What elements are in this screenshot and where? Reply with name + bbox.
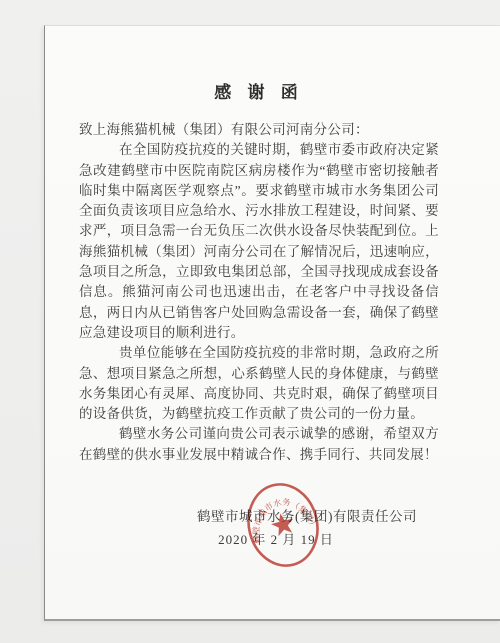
salutation-line: 致上海熊猫机械（集团）有限公司河南分公司： xyxy=(79,120,439,140)
scanned-letter-page: 感 谢 函 致上海熊猫机械（集团）有限公司河南分公司： 在全国防疫抗疫的关键时期… xyxy=(0,0,500,643)
paragraph-1: 在全国防疫抗疫的关键时期，鹤壁市委市政府决定紧急改建鹤壁市中医院南院区病房楼作为… xyxy=(79,140,439,343)
company-seal-icon: 鹤壁市城市水务（集团）有限责任公司 xyxy=(224,465,341,585)
seal-arc-text: 鹤壁市城市水务（集团）有限责任公司 xyxy=(224,465,319,550)
letter-body: 致上海熊猫机械（集团）有限公司河南分公司： 在全国防疫抗疫的关键时期，鹤壁市委市… xyxy=(79,120,439,465)
letter-paper: 感 谢 函 致上海熊猫机械（集团）有限公司河南分公司： 在全国防疫抗疫的关键时期… xyxy=(44,25,500,621)
seal-star-icon xyxy=(269,511,296,538)
letter-title: 感 谢 函 xyxy=(79,78,439,103)
paragraph-3: 鹤壁水务公司谨向贵公司表示诚挚的感谢，希望双方在鹤壁的供水事业发展中精诚合作、携… xyxy=(79,424,439,465)
paragraph-2: 贵单位能够在全国防疫抗疫的非常时期，急政府之所急、想项目紧急之所想，心系鹤壁人民… xyxy=(79,343,439,424)
